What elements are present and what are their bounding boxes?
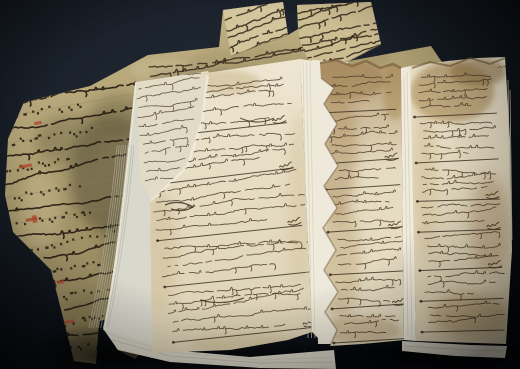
manuscript-photograph: Two open handwritten account books with … [0,0,520,369]
vignette [0,0,520,369]
photo-canvas [0,0,520,369]
